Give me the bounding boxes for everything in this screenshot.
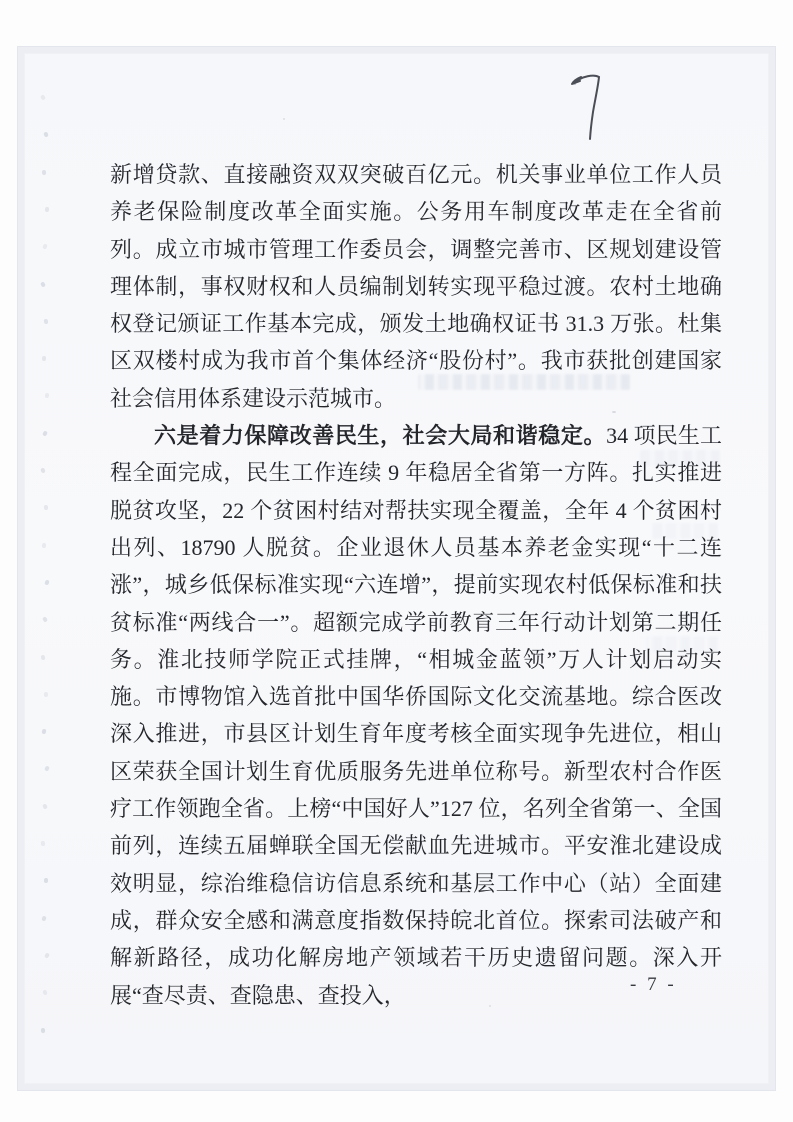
binding-mark — [42, 169, 46, 174]
binding-mark — [44, 505, 49, 510]
binding-mark — [44, 878, 48, 883]
binding-mark — [42, 803, 48, 809]
footer-page-number: - 7 - — [630, 974, 677, 996]
scanned-document-page: 新增贷款、直接融资双双突破百亿元。机关事业单位工作人员养老保险制度改革全面实施。… — [0, 0, 793, 1122]
binding-mark — [40, 467, 45, 473]
binding-mark — [44, 952, 50, 958]
binding-mark — [44, 692, 48, 697]
binding-mark — [41, 915, 46, 921]
pen-stroke-7-icon — [568, 68, 612, 144]
paragraph-lead-bold: 六是着力保障改善民生，社会大局和谐稳定。 — [154, 423, 606, 448]
binding-mark — [44, 318, 49, 324]
paragraph-run: 新增贷款、直接融资双双突破百亿元。机关事业单位工作人员养老保险制度改革全面实施。… — [110, 162, 722, 411]
binding-mark — [45, 207, 50, 213]
handwritten-page-digit — [568, 68, 612, 144]
paragraph-run: 34 项民生工程全面完成，民生工作连续 9 年稳居全省第一方阵。扎实推进脱贫攻坚… — [110, 423, 722, 1007]
binding-mark — [41, 841, 46, 847]
binding-mark — [44, 393, 49, 399]
scan-speck — [283, 118, 285, 120]
binding-mark — [40, 281, 46, 287]
binding-mark — [42, 244, 48, 250]
binding-mark — [43, 132, 48, 138]
binding-mark — [42, 430, 48, 436]
binding-mark — [41, 1027, 45, 1032]
binding-mark — [42, 542, 47, 547]
binding-mark — [40, 654, 45, 660]
binding-mark — [42, 990, 47, 996]
binding-mark — [42, 729, 47, 735]
binding-mark — [42, 356, 46, 361]
binding-mark — [44, 766, 50, 772]
paragraph: 六是着力保障改善民生，社会大局和谐稳定。34 项民生工程全面完成，民生工作连续 … — [110, 417, 722, 1014]
binding-edge-artifacts — [0, 0, 60, 1122]
paragraph: 新增贷款、直接融资双双突破百亿元。机关事业单位工作人员养老保险制度改革全面实施。… — [110, 156, 722, 417]
binding-mark — [44, 579, 49, 585]
document-body-text: 新增贷款、直接融资双双突破百亿元。机关事业单位工作人员养老保险制度改革全面实施。… — [110, 156, 722, 1014]
binding-mark — [42, 617, 48, 623]
binding-mark — [40, 94, 46, 100]
